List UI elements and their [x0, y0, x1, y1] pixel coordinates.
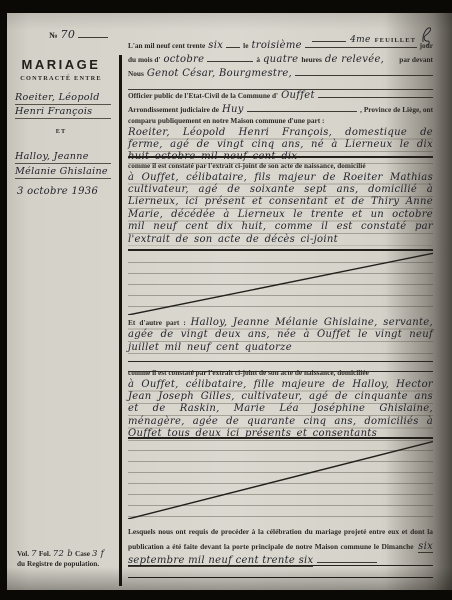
- fol-label: Fol.: [39, 549, 51, 558]
- fill-line: [305, 38, 417, 48]
- province-text: , Province de Liège, ont: [360, 104, 433, 116]
- year-value: six: [208, 39, 223, 52]
- fill-line: [295, 66, 433, 76]
- groom-name-line2: Henri François: [15, 105, 111, 119]
- officer-name: Genot César, Bourgmestre,: [147, 67, 292, 80]
- comparu-text: comparu publiquement en notre Maison com…: [128, 115, 433, 127]
- act-number-label: №: [49, 30, 58, 40]
- document-subtitle: CONTRACTÉ ENTRE: [7, 75, 115, 82]
- bottom-fill-rule: [128, 565, 433, 566]
- hour-value: quatre: [263, 53, 298, 66]
- marriage-date: 3 octobre 1936: [17, 186, 98, 197]
- scanned-registry-photo: № 70 MARIAGE CONTRACTÉ ENTRE Roeiter, Lé…: [0, 0, 452, 600]
- publication-printed-text: Lesquels nous ont requis de procéder à l…: [128, 527, 433, 551]
- case-label: Case: [75, 549, 90, 558]
- fol-value: 72 b: [53, 549, 73, 559]
- column-divider-rule: [119, 55, 122, 586]
- groom-parents-handwriting: à Ouffet, célibataire, fils majeur de Ro…: [128, 172, 433, 246]
- opening-print-5: à: [256, 53, 260, 66]
- bottom-fill-rule: [128, 577, 433, 578]
- crossed-out-blank-lines: [128, 252, 433, 315]
- groom-act-printed-text: comme il est constaté par l'extrait ci-j…: [128, 160, 433, 172]
- opening-print-2: le: [243, 39, 248, 52]
- groom-name-line1: Roeiter, Léopold: [15, 91, 111, 105]
- act-body: 4me Feuillet L'an mil neuf cent trente s…: [128, 13, 439, 590]
- bride-name-line1: Halloy, Jeanne: [15, 150, 111, 164]
- bride-name-line2: Mélanie Ghislaine: [15, 165, 111, 179]
- period-value: de relevée,: [325, 53, 384, 66]
- arrondissement-value: Huy: [222, 104, 244, 116]
- diagonal-strike-icon: [128, 440, 433, 519]
- section-rule: [128, 249, 433, 251]
- section-rule: [128, 156, 433, 158]
- section-rule: [128, 437, 433, 439]
- closing-paragraph: Lesquels nous ont requis de procéder à l…: [128, 524, 433, 568]
- commune-label: Officier public de l'Etat-Civil de la Co…: [128, 90, 278, 102]
- margin-column: № 70 MARIAGE CONTRACTÉ ENTRE Roeiter, Lé…: [7, 13, 119, 590]
- crossed-out-blank-lines: [128, 440, 433, 519]
- act-number: № 70: [49, 28, 108, 41]
- document-title: MARIAGE: [7, 57, 115, 72]
- opening-print-1: L'an mil neuf cent trente: [128, 39, 205, 52]
- population-register-reference: Vol. 7 Fol. 72 b Case 3 f du Registre de…: [17, 549, 115, 568]
- fill-line: [247, 102, 358, 112]
- vol-label: Vol.: [17, 549, 29, 558]
- opening-print-8: Nous: [128, 67, 144, 80]
- bride-act-printed-text: comme il est constaté par l'extrait ci-j…: [128, 367, 433, 379]
- et-label: ET: [7, 128, 115, 135]
- fill-line: [128, 361, 433, 362]
- opening-print-4: du mois d': [128, 53, 160, 66]
- bride-parents-handwriting: à Ouffet, célibataire, fille majeure de …: [128, 379, 433, 441]
- officier-paragraph: Officier public de l'Etat-Civil de la Co…: [128, 88, 433, 164]
- autre-part-label: Et d'autre part :: [128, 318, 186, 327]
- case-value: 3 f: [92, 549, 104, 559]
- vol-value: 7: [31, 549, 37, 559]
- arrondissement-label: Arrondissement judiciaire de: [128, 104, 219, 116]
- registry-page: № 70 MARIAGE CONTRACTÉ ENTRE Roeiter, Lé…: [7, 13, 452, 590]
- opening-print-6: heures: [301, 53, 322, 66]
- opening-paragraph: L'an mil neuf cent trente six le troisiè…: [128, 38, 433, 90]
- registre-text: du Registre de population.: [17, 559, 115, 568]
- commune-value: Ouffet: [281, 90, 315, 102]
- fill-line: [318, 88, 433, 98]
- groom-act-paragraph: comme il est constaté par l'extrait ci-j…: [128, 160, 433, 246]
- fill-line: [226, 38, 240, 48]
- month-value: octobre: [163, 53, 204, 66]
- fill-line: [78, 28, 108, 38]
- fill-line: [317, 553, 377, 563]
- bride-act-paragraph: comme il est constaté par l'extrait ci-j…: [128, 367, 433, 441]
- bride-intro-paragraph: Et d'autre part : Halloy, Jeanne Mélanie…: [128, 317, 433, 372]
- diagonal-strike-icon: [128, 252, 433, 315]
- day-value: troisième: [251, 39, 301, 52]
- groom-identity-handwriting: Roeiter, Léopold Henri François, domesti…: [128, 127, 433, 164]
- fill-line: [207, 52, 253, 62]
- opening-print-7: par devant: [399, 53, 433, 66]
- opening-print-3: jour: [420, 39, 433, 52]
- act-number-value: 70: [61, 28, 76, 41]
